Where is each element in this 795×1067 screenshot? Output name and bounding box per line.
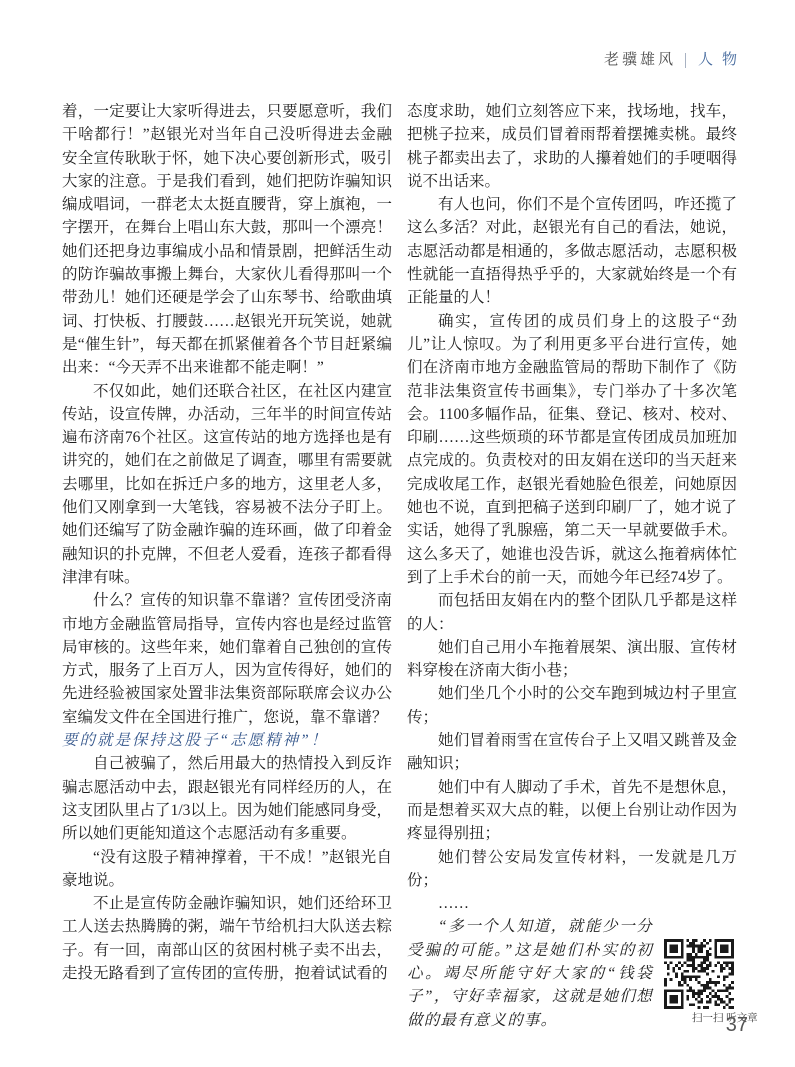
paragraph: 她们坐几个小时的公交车跑到城边村子里宣传； (407, 682, 737, 729)
header-divider (685, 53, 686, 68)
paragraph: “没有这股子精神撑着，干不成！”赵银光自豪地说。 (62, 846, 392, 893)
page-header: 老骥雄风 人物 (604, 53, 737, 68)
section-subheading: 要的就是保持这股子“志愿精神”！ (62, 729, 392, 752)
article-body: 着，一定要让大家听得进去，只要愿意听，我们干啥都行！”赵银光对当年自己没听得进去… (62, 100, 737, 1032)
paragraph: 不仅如此，她们还联合社区，在社区内建宣传站，设宣传牌，办活动，三年半的时间宣传站… (62, 380, 392, 590)
paragraph: 自己被骗了，然后用最大的热情投入到反诈骗志愿活动中去，跟赵银光有同样经历的人，在… (62, 752, 392, 845)
paragraph: 确实，宣传团的成员们身上的这股子“劲儿”让人惊叹。为了利用更多平台进行宣传，她们… (407, 310, 737, 590)
paragraph: 她们中有人脚动了手术，首先不是想休息，而是想着买双大点的鞋，以便上台别让动作因为… (407, 776, 737, 846)
paragraph: 而包括田友娟在内的整个团队几乎都是这样的人： (407, 589, 737, 636)
qr-figure: 扫一扫 听文章 (661, 939, 737, 1026)
paragraph: 有人也问，你们不是个宣传团吗，咋还揽了这么多活？对此，赵银光有自己的看法，她说，… (407, 193, 737, 309)
paragraph: 着，一定要让大家听得进去，只要愿意听，我们干啥都行！”赵银光对当年自己没听得进去… (62, 100, 392, 380)
magazine-page: 老骥雄风 人物 着，一定要让大家听得进去，只要愿意听，我们干啥都行！”赵银光对当… (0, 0, 795, 1067)
left-column: 着，一定要让大家听得进去，只要愿意听，我们干啥都行！”赵银光对当年自己没听得进去… (62, 100, 392, 1032)
paragraph: 态度求助，她们立刻答应下来，找场地，找车，把桃子拉来，成员们冒着雨帮着摆摊卖桃。… (407, 100, 737, 193)
qr-code (664, 939, 734, 1009)
paragraph: 什么？宣传的知识靠不靠谱？宣传团受济南市地方金融监管局指导，宣传内容也是经过监管… (62, 589, 392, 729)
paragraph: 她们替公安局发宣传材料，一发就是几万份； (407, 846, 737, 893)
paragraph: 扫一扫 听文章“多一个人知道，就能少一分受骗的可能。”这是她们朴实的初心。竭尽所… (407, 915, 737, 1031)
paragraph: …… (407, 892, 737, 915)
category-label: 人物 (698, 53, 746, 68)
right-column: 态度求助，她们立刻答应下来，找场地，找车，把桃子拉来，成员们冒着雨帮着摆摊卖桃。… (407, 100, 737, 1032)
section-title: 老骥雄风 (604, 53, 676, 68)
page-number: 37 (726, 1014, 748, 1037)
paragraph: 不止是宣传防金融诈骗知识，她们还给环卫工人送去热腾腾的粥，端午节给机扫大队送去粽… (62, 892, 392, 985)
paragraph: 她们冒着雨雪在宣传台子上又唱又跳普及金融知识； (407, 729, 737, 776)
paragraph: 她们自己用小车拖着展架、演出服、宣传材料穿梭在济南大街小巷； (407, 636, 737, 683)
